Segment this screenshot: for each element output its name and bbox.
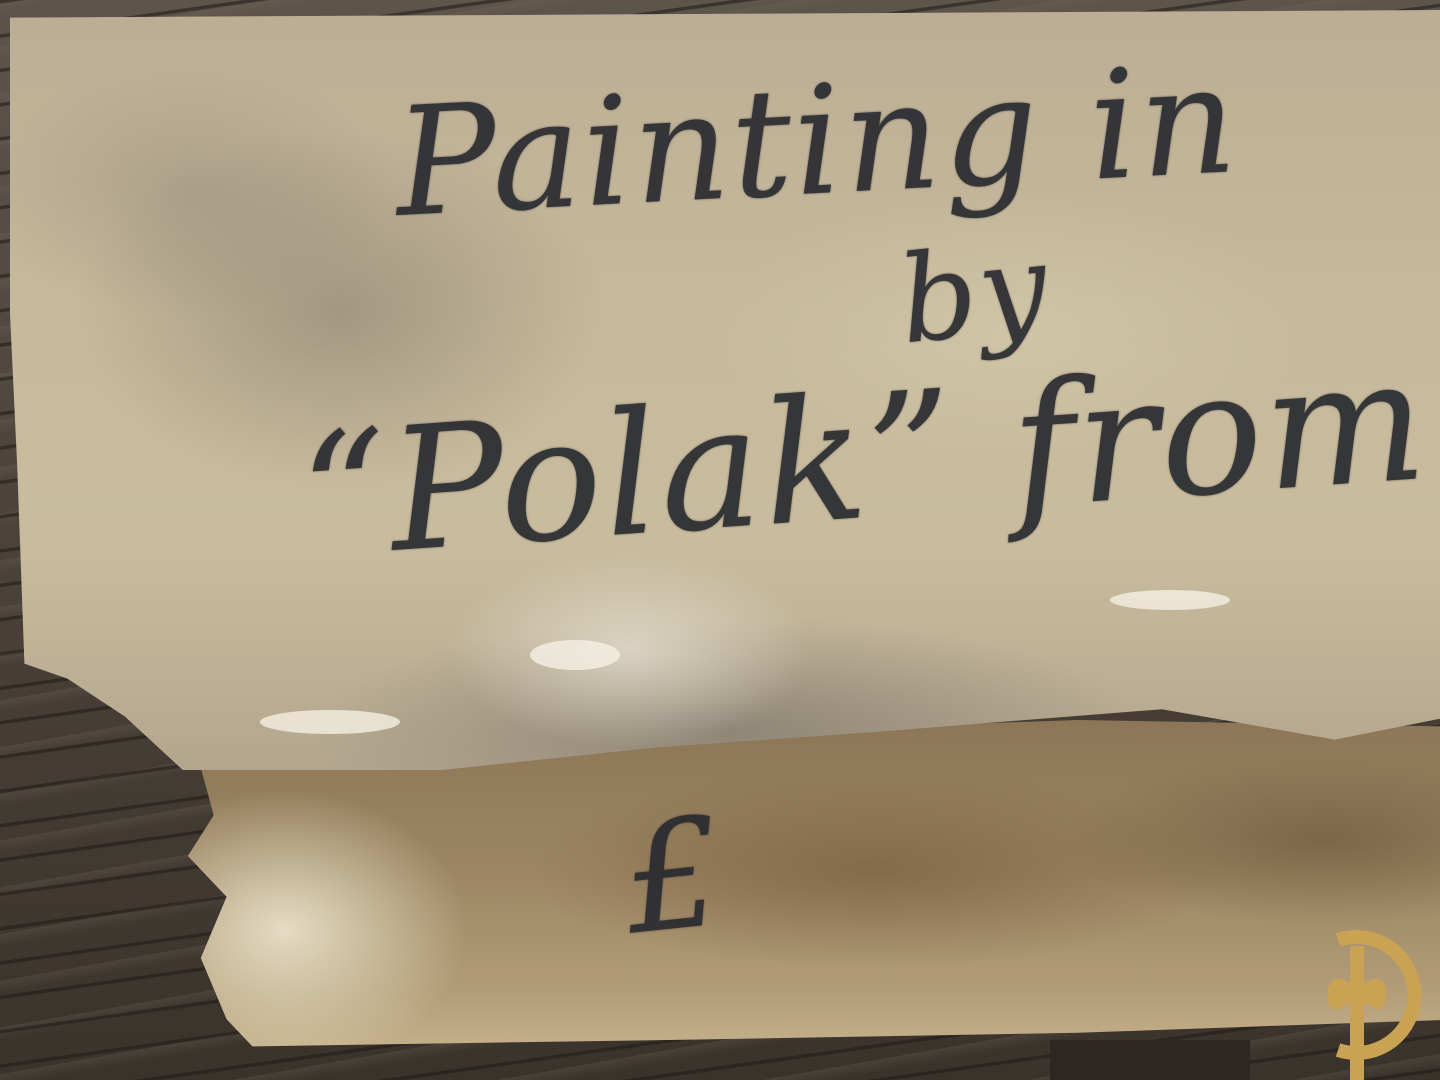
paper-wear xyxy=(260,710,400,734)
lower-paper-strip xyxy=(175,720,1440,1060)
handwriting-pound-sign: £ xyxy=(616,785,731,968)
p-hammer-monogram-icon xyxy=(1320,918,1440,1080)
paper-wear xyxy=(1110,590,1230,610)
photo-scene: Painting in by “Polak” from £ xyxy=(0,0,1440,1080)
frame-gap xyxy=(1050,1040,1250,1080)
paper-wear xyxy=(530,640,620,670)
